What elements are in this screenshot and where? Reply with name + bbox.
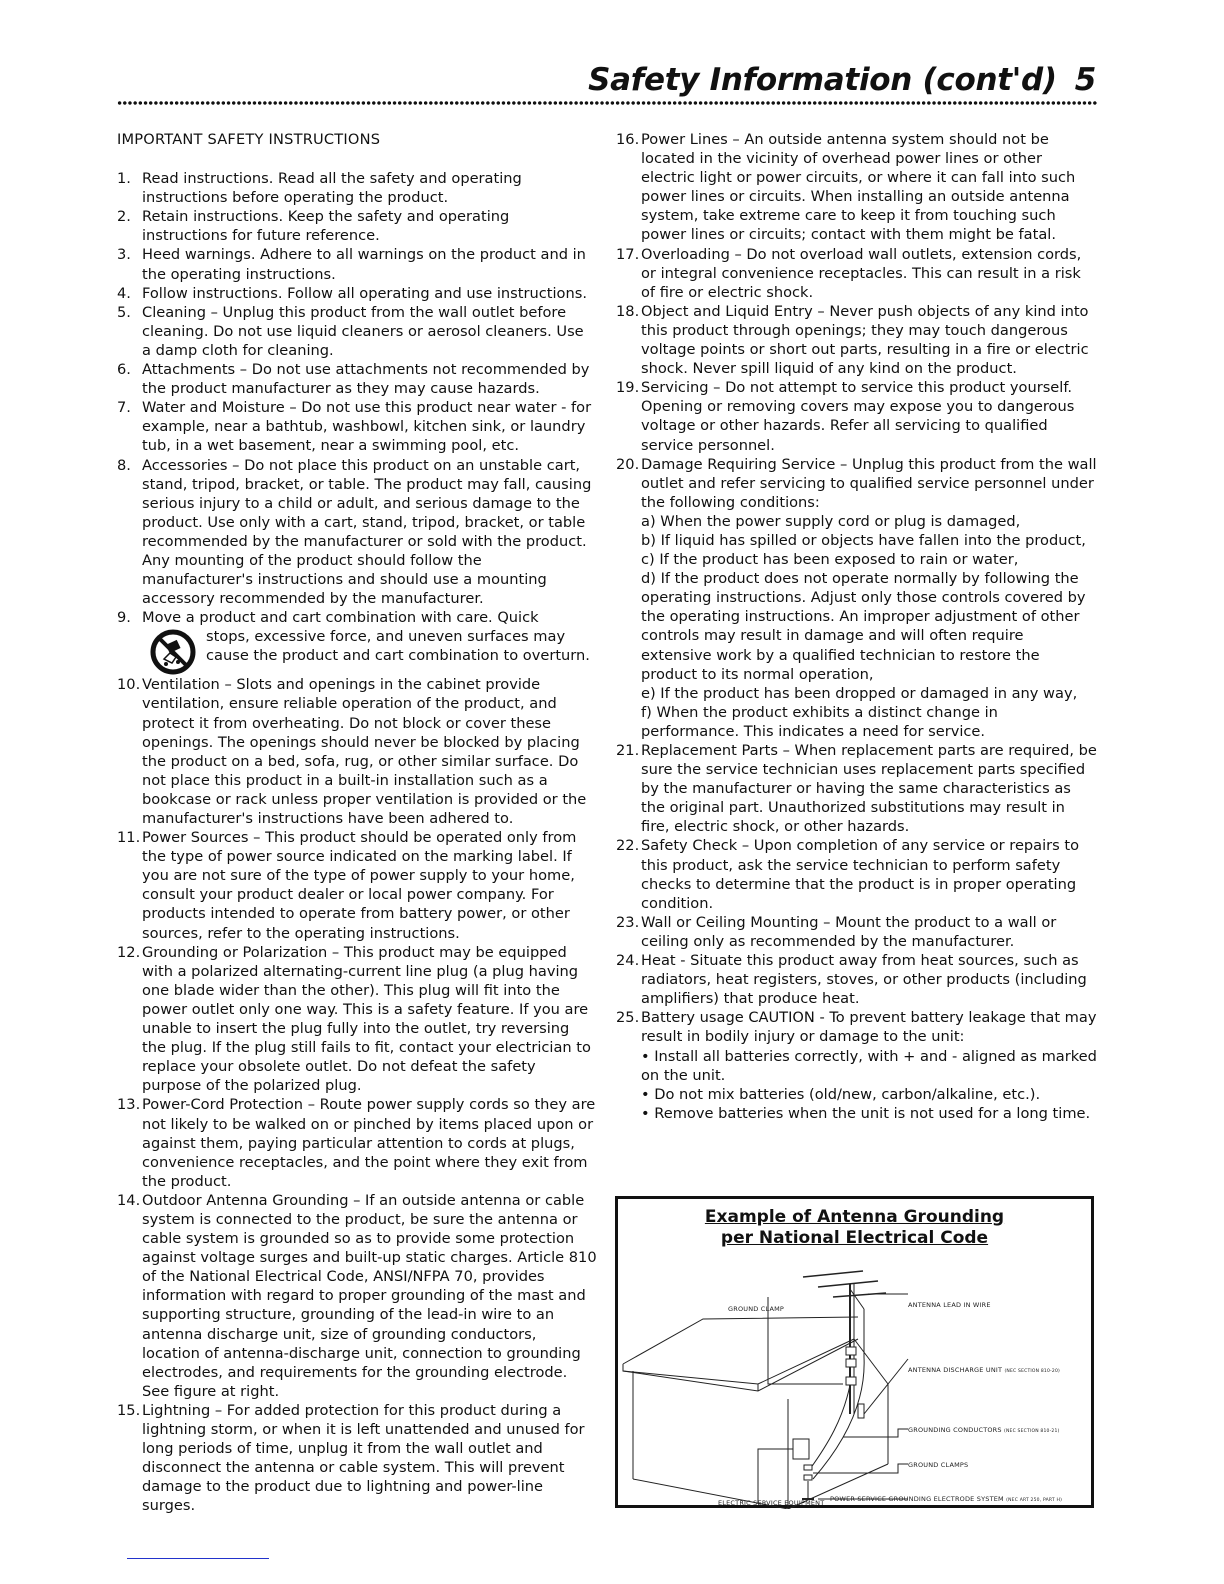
instruction-item-19: 19.Servicing – Do not attempt to service… [616, 378, 1098, 454]
page-title-text: Safety Information (cont'd) [588, 62, 1057, 98]
dotted-divider [117, 100, 1097, 106]
instruction-item-7: 7.Water and Moisture – Do not use this p… [117, 398, 597, 455]
instruction-item-17: 17.Overloading – Do not overload wall ou… [616, 245, 1098, 302]
instruction-item-18: 18.Object and Liquid Entry – Never push … [616, 302, 1098, 378]
condition-e: e) If the product has been dropped or da… [641, 684, 1098, 703]
instruction-list-left: 1.Read instructions. Read all the safety… [117, 169, 597, 1515]
condition-c: c) If the product has been exposed to ra… [641, 550, 1098, 569]
instruction-item-13: 13.Power-Cord Protection – Route power s… [117, 1095, 597, 1190]
instruction-item-4: 4.Follow instructions. Follow all operat… [117, 284, 597, 303]
condition-f: f) When the product exhibits a distinct … [641, 703, 1098, 741]
instruction-item-20: 20.Damage Requiring Service – Unplug thi… [616, 455, 1098, 741]
instruction-item-9: 9.Move a product and cart combination wi… [117, 608, 597, 675]
instruction-item-24: 24.Heat - Situate this product away from… [616, 951, 1098, 1008]
instruction-item-3: 3.Heed warnings. Adhere to all warnings … [117, 245, 597, 283]
instruction-item-21: 21.Replacement Parts – When replacement … [616, 741, 1098, 836]
condition-a: a) When the power supply cord or plug is… [641, 512, 1098, 531]
instruction-item-10: 10.Ventilation – Slots and openings in t… [117, 675, 597, 828]
label-grounding-conductors: GROUNDING CONDUCTORS (NEC SECTION 810-21… [908, 1426, 1060, 1434]
label-electric-service: ELECTRIC SERVICE EQUIPMENT [718, 1499, 824, 1507]
instruction-item-6: 6.Attachments – Do not use attachments n… [117, 360, 597, 398]
antenna-grounding-figure: Example of Antenna Grounding per Nationa… [615, 1196, 1094, 1508]
instruction-item-1: 1.Read instructions. Read all the safety… [117, 169, 597, 207]
instruction-item-8: 8.Accessories – Do not place this produc… [117, 456, 597, 609]
condition-d: d) If the product does not operate norma… [641, 569, 1098, 684]
battery-bullet-2: • Do not mix batteries (old/new, carbon/… [641, 1085, 1098, 1104]
instruction-item-12: 12.Grounding or Polarization – This prod… [117, 943, 597, 1096]
instruction-item-22: 22.Safety Check – Upon completion of any… [616, 836, 1098, 912]
label-ground-clamp: GROUND CLAMP [728, 1305, 784, 1313]
section-heading: IMPORTANT SAFETY INSTRUCTIONS [117, 130, 597, 149]
label-ground-clamps: GROUND CLAMPS [908, 1461, 968, 1469]
condition-b: b) If liquid has spilled or objects have… [641, 531, 1098, 550]
instruction-item-25: 25.Battery usage CAUTION - To prevent ba… [616, 1008, 1098, 1123]
left-column: IMPORTANT SAFETY INSTRUCTIONS 1.Read ins… [117, 130, 597, 1515]
instruction-item-15: 15.Lightning – For added protection for … [117, 1401, 597, 1516]
instruction-item-16: 16.Power Lines – An outside antenna syst… [616, 130, 1098, 245]
instruction-item-14: 14.Outdoor Antenna Grounding – If an out… [117, 1191, 597, 1401]
label-discharge-unit: ANTENNA DISCHARGE UNIT (NEC SECTION 810-… [908, 1366, 1060, 1374]
battery-bullet-3: • Remove batteries when the unit is not … [641, 1104, 1098, 1123]
label-power-service: POWER SERVICE GROUNDING ELECTRODE SYSTEM… [830, 1495, 1062, 1503]
page-title: Safety Information (cont'd)5 [588, 62, 1096, 98]
footer-rule [127, 1558, 269, 1559]
page-number: 5 [1075, 62, 1096, 98]
cart-warning: stops, excessive force, and uneven surfa… [142, 627, 597, 675]
cart-tip-warning-icon [150, 629, 196, 675]
right-column: 16.Power Lines – An outside antenna syst… [616, 130, 1098, 1123]
battery-bullet-1: • Install all batteries correctly, with … [641, 1047, 1098, 1085]
figure-title: Example of Antenna Grounding per Nationa… [618, 1207, 1091, 1249]
label-antenna-lead: ANTENNA LEAD IN WIRE [908, 1301, 991, 1309]
instruction-list-right: 16.Power Lines – An outside antenna syst… [616, 130, 1098, 1123]
instruction-item-5: 5.Cleaning – Unplug this product from th… [117, 303, 597, 360]
house-antenna-diagram [618, 1259, 1091, 1509]
instruction-item-23: 23.Wall or Ceiling Mounting – Mount the … [616, 913, 1098, 951]
instruction-item-11: 11.Power Sources – This product should b… [117, 828, 597, 943]
instruction-item-2: 2.Retain instructions. Keep the safety a… [117, 207, 597, 245]
